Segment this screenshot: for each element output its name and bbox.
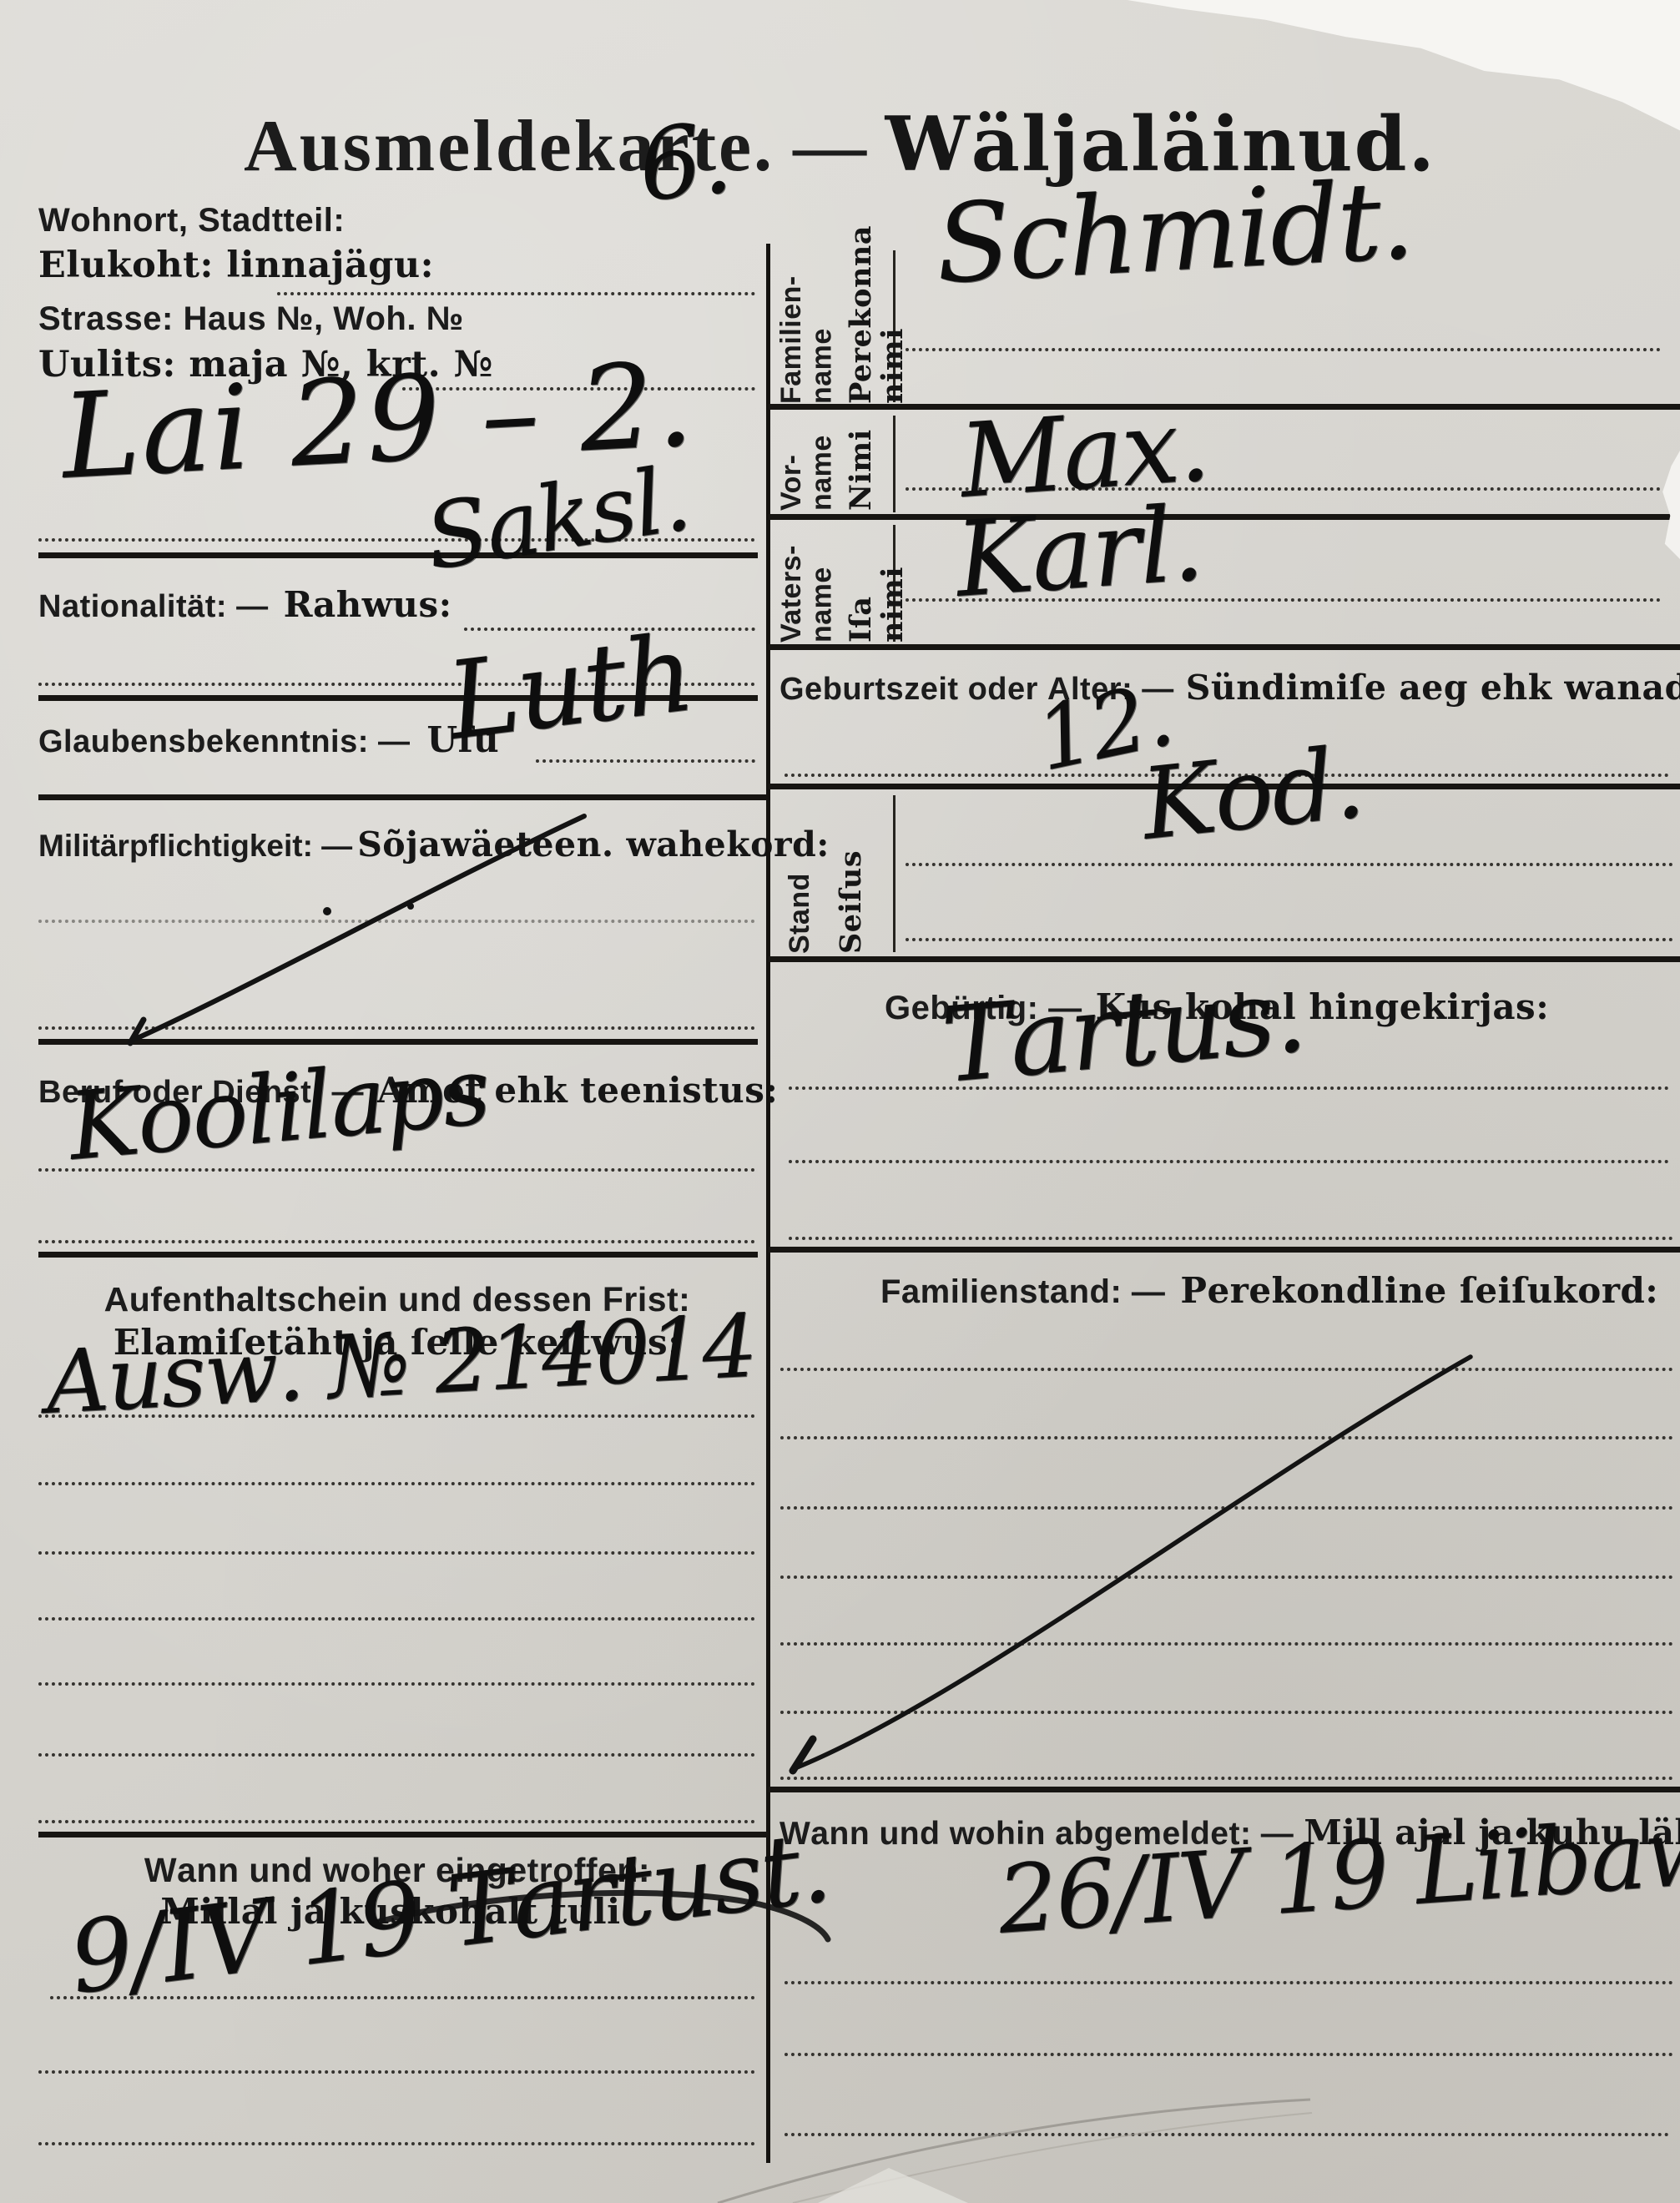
status-entry: Kod. bbox=[1138, 733, 1367, 854]
father-name-label-de: Vaters- name bbox=[776, 526, 837, 643]
nationality-label-de: Nationalität: — bbox=[38, 589, 269, 624]
religion-label-de: Glaubensbekenntnis: — bbox=[38, 724, 410, 759]
family-name-label-et: Perekonna nimi bbox=[845, 247, 909, 404]
title-dash: — bbox=[793, 106, 867, 187]
status-label: Stand Seiſus bbox=[785, 799, 867, 954]
dotted-line bbox=[38, 1240, 755, 1243]
birth-label: Geburtszeit oder Alter: — Sündimiſe aeg … bbox=[779, 668, 1680, 708]
section-line bbox=[38, 1252, 758, 1258]
page-title: Ausmeldekarte. — Wäljaläinud. bbox=[0, 107, 1680, 184]
dotted-line bbox=[536, 759, 755, 763]
military-dash-mark bbox=[83, 793, 634, 1068]
first-name-label: Vor- name Nimi bbox=[776, 417, 877, 511]
dotted-line bbox=[38, 1482, 755, 1485]
family-status-dash-mark bbox=[776, 1333, 1494, 1788]
dotted-line bbox=[906, 348, 1661, 351]
family-name-label-de: Familien- name bbox=[776, 247, 837, 404]
crease-mark bbox=[693, 2069, 1344, 2203]
dotted-line bbox=[789, 1160, 1669, 1163]
dotted-line bbox=[38, 2070, 755, 2074]
family-status-label: Familienstand: — Perekondline ſeiſukord: bbox=[880, 1270, 1658, 1311]
family-status-label-et: Perekondline ſeiſukord: bbox=[1180, 1270, 1658, 1311]
nationality-label: Nationalität: — Rahwus: bbox=[38, 584, 452, 625]
permit-entry: Ausw. № 214014 bbox=[44, 1303, 758, 1426]
label-rule bbox=[893, 795, 895, 952]
ausmeldekarte-scan: Ausmeldekarte. — Wäljaläinud. Wohnort, S… bbox=[0, 0, 1680, 2203]
father-name-label-et: Iſa nimi bbox=[845, 526, 909, 643]
section-line bbox=[768, 514, 1680, 520]
dotted-line bbox=[38, 1682, 755, 1686]
section-line bbox=[768, 644, 1680, 650]
torn-edge-sliver bbox=[1658, 451, 1680, 559]
elukoht-label: Elukoht: linnajägu: bbox=[38, 244, 434, 286]
religion-entry: Luth bbox=[441, 620, 698, 756]
section-line bbox=[768, 404, 1680, 410]
father-name-label: Vaters- name Iſa nimi bbox=[776, 526, 909, 643]
label-rule bbox=[893, 416, 895, 512]
dotted-line bbox=[38, 1753, 755, 1757]
dotted-line bbox=[38, 1617, 755, 1621]
strasse-label: Strasse: Haus №, Woh. № bbox=[38, 300, 464, 338]
dotted-line bbox=[789, 1237, 1673, 1240]
wohnort-label: Wohnort, Stadtteil: bbox=[38, 202, 345, 239]
religion-label: Glaubensbekenntnis: — Uſu bbox=[38, 719, 499, 760]
origin-entry: Tartus. bbox=[938, 964, 1309, 1098]
dotted-line bbox=[277, 292, 755, 295]
first-name-label-et: Nimi bbox=[845, 417, 877, 511]
dotted-line bbox=[906, 938, 1673, 941]
status-label-de: Stand bbox=[785, 799, 815, 954]
section-line bbox=[768, 1247, 1680, 1253]
dotted-line bbox=[38, 2142, 755, 2145]
first-name-label-de: Vor- name bbox=[776, 417, 837, 511]
dotted-line bbox=[906, 863, 1673, 866]
family-name-label: Familien- name Perekonna nimi bbox=[776, 247, 909, 404]
dotted-line bbox=[38, 1551, 755, 1555]
status-label-et: Seiſus bbox=[835, 799, 867, 954]
family-name-entry: Schmidt. bbox=[933, 165, 1415, 299]
dotted-line bbox=[38, 1820, 755, 1823]
dotted-line bbox=[789, 1086, 1669, 1090]
dotted-line bbox=[785, 2053, 1673, 2056]
birth-label-et: Sündimiſe aeg ehk wanadus: bbox=[1186, 668, 1680, 708]
father-name-entry: Karl. bbox=[952, 492, 1205, 613]
arrival-entry: 9/IV 19 Tartust. bbox=[65, 1817, 835, 2008]
dotted-line bbox=[785, 1981, 1673, 1984]
nationality-label-et: Rahwus: bbox=[284, 584, 452, 625]
street-number-entry: 6. bbox=[634, 108, 734, 215]
family-status-label-de: Familienstand: — bbox=[880, 1273, 1165, 1310]
